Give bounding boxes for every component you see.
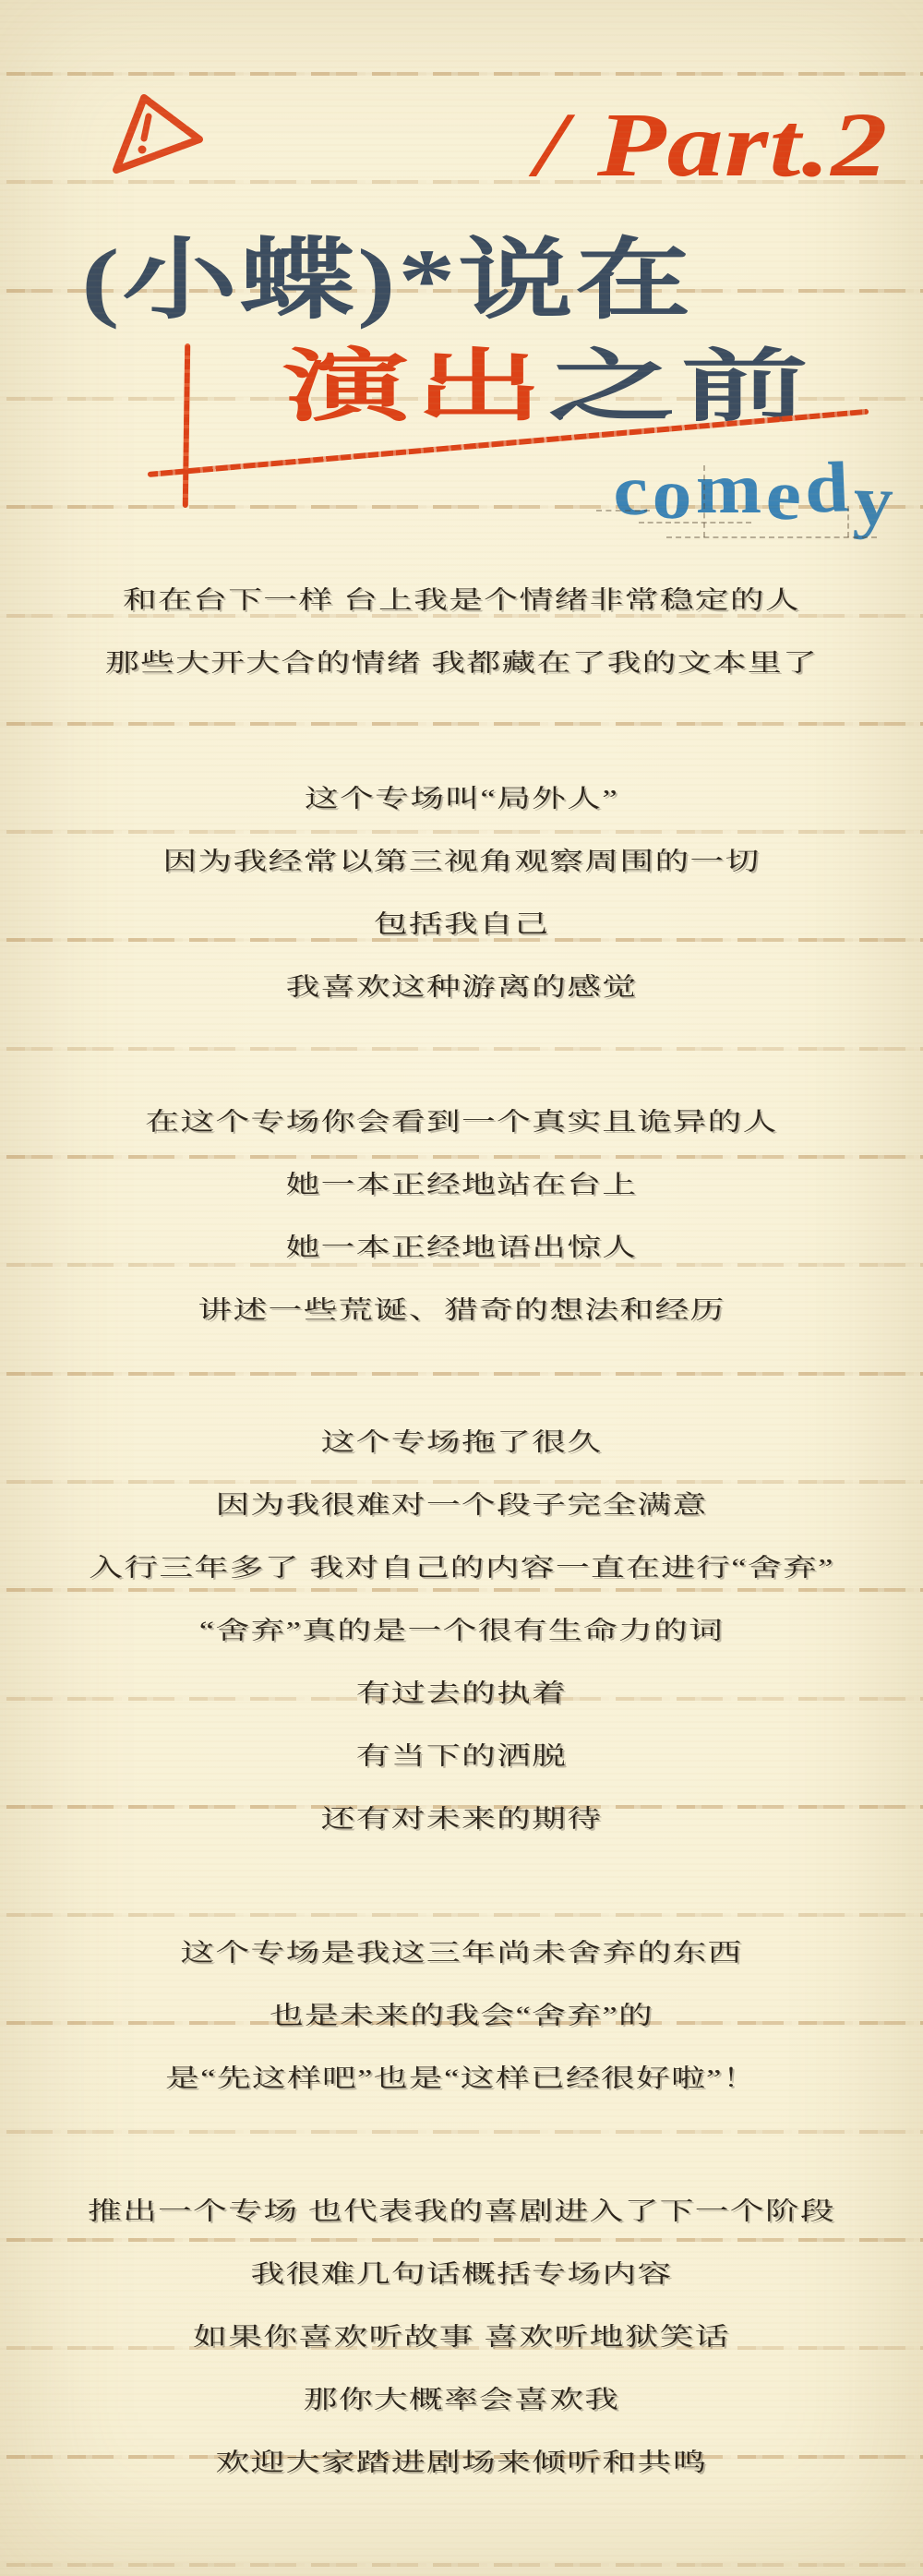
title-line2: 演出之前 <box>282 347 814 427</box>
paragraph: 这个专场拖了很久因为我很难对一个段子完全满意入行三年多了 我对自己的内容一直在进… <box>0 1411 923 1850</box>
comedy-stamp: comedy <box>613 454 897 526</box>
body-line: 包括我自己 <box>0 893 923 956</box>
body-line: 如果你喜欢听故事 喜欢听地狱笑话 <box>0 2305 923 2368</box>
body-line: 入行三年多了 我对自己的内容一直在进行“舍弃” <box>0 1536 923 1599</box>
ruled-line <box>0 1372 923 1376</box>
red-vertical-line <box>183 343 190 508</box>
body-line: 有过去的执着 <box>0 1662 923 1725</box>
body-line: “舍弃”真的是一个很有生命力的词 <box>0 1599 923 1662</box>
ruled-line <box>0 72 923 76</box>
poster-page: / Part.2 (小蝶)*说在 演出之前 comedy 和在台下一样 台上我是… <box>0 0 923 2576</box>
body-line: 这个专场叫“局外人” <box>0 767 923 830</box>
paragraph: 在这个专场你会看到一个真实且诡异的人她一本正经地站在台上她一本正经地语出惊人讲述… <box>0 1090 923 1342</box>
body-line: 是“先这样吧”也是“这样已经很好啦”！ <box>0 2047 923 2110</box>
stamp-letter: m <box>696 452 766 524</box>
ruled-line <box>0 1047 923 1051</box>
paragraph: 这个专场是我这三年尚未舍弃的东西也是未来的我会“舍弃”的是“先这样吧”也是“这样… <box>0 1921 923 2110</box>
body-line: 这个专场是我这三年尚未舍弃的东西 <box>0 1921 923 1984</box>
stamp-letter: d <box>804 451 855 524</box>
body-line: 那些大开大合的情绪 我都藏在了我的文本里了 <box>0 632 923 694</box>
stamp-letter: c <box>611 453 654 527</box>
paragraph: 这个专场叫“局外人”因为我经常以第三视角观察周围的一切包括我自己我喜欢这种游离的… <box>0 767 923 1018</box>
body-line: 因为我很难对一个段子完全满意 <box>0 1474 923 1536</box>
stamp-letter: y <box>852 463 898 536</box>
ruled-line <box>0 2563 923 2567</box>
body-line: 讲述一些荒诞、猎奇的想法和经历 <box>0 1279 923 1342</box>
body-line: 还有对未来的期待 <box>0 1788 923 1850</box>
body-line: 我很难几句话概括专场内容 <box>0 2243 923 2305</box>
ruled-line <box>0 722 923 726</box>
body-line: 也是未来的我会“舍弃”的 <box>0 1984 923 2047</box>
body-line: 她一本正经地语出惊人 <box>0 1216 923 1279</box>
title-line2-highlight: 演出 <box>282 343 548 431</box>
body-line: 有当下的洒脱 <box>0 1725 923 1788</box>
stamp-letter: o <box>651 457 697 530</box>
part-label: / Part.2 <box>535 94 889 196</box>
body-line: 欢迎大家踏进剧场来倾听和共鸣 <box>0 2431 923 2494</box>
body-line: 和在台下一样 台上我是个情绪非常稳定的人 <box>0 569 923 632</box>
body-line: 推出一个专场 也代表我的喜剧进入了下一个阶段 <box>0 2180 923 2243</box>
body-line: 因为我经常以第三视角观察周围的一切 <box>0 830 923 893</box>
warning-triangle-icon <box>103 89 207 179</box>
ruled-line <box>0 2130 923 2134</box>
body-line: 她一本正经地站在台上 <box>0 1153 923 1216</box>
title-line1: (小蝶)*说在 <box>81 235 693 328</box>
paragraph: 推出一个专场 也代表我的喜剧进入了下一个阶段我很难几句话概括专场内容如果你喜欢听… <box>0 2180 923 2494</box>
stamp-letter: e <box>763 458 807 532</box>
ruled-line <box>0 1913 923 1917</box>
paragraph: 和在台下一样 台上我是个情绪非常稳定的人那些大开大合的情绪 我都藏在了我的文本里… <box>0 569 923 694</box>
body-line: 我喜欢这种游离的感觉 <box>0 956 923 1018</box>
body-line: 这个专场拖了很久 <box>0 1411 923 1474</box>
stamp-guide-mark <box>666 536 877 538</box>
body-line: 那你大概率会喜欢我 <box>0 2368 923 2431</box>
body-line: 在这个专场你会看到一个真实且诡异的人 <box>0 1090 923 1153</box>
